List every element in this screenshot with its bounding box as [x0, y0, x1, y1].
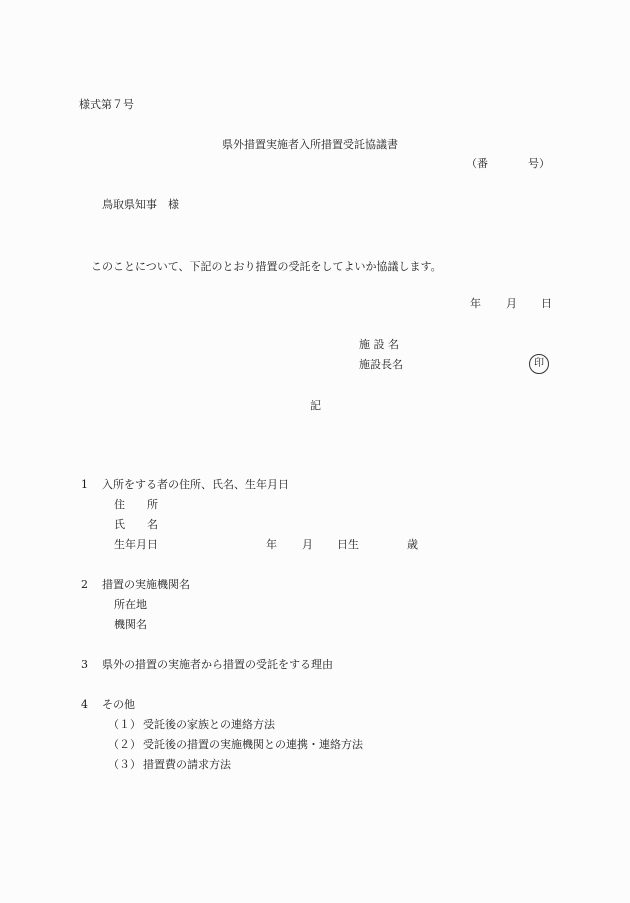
addressee: 鳥取県知事 様 — [102, 199, 179, 210]
date-month: 月 — [506, 298, 517, 309]
ki-marker: 記 — [310, 400, 321, 411]
section-heading: 入所をする者の住所、氏名、生年月日 — [102, 479, 289, 490]
birthdate-label: 生年月日 — [114, 539, 158, 550]
section-number: 2 — [81, 579, 88, 590]
section-heading: その他 — [102, 699, 135, 710]
date-day: 日 — [541, 298, 552, 309]
facility-name-label: 施 設 名 — [359, 339, 399, 350]
section-number: 4 — [81, 699, 88, 710]
birth-year: 年 — [266, 539, 277, 550]
section-heading: 県外の措置の実施者から措置の受託をする理由 — [102, 659, 333, 670]
subitem-number: （２） — [108, 739, 141, 750]
section-number: 3 — [81, 659, 88, 670]
subitem-text: 受託後の家族との連絡方法 — [143, 719, 275, 730]
director-name-label: 施設長名 — [359, 359, 403, 370]
birth-month: 月 — [302, 539, 313, 550]
body-text: このことについて、下記のとおり措置の受託をしてよいか協議します。 — [91, 261, 442, 272]
form-number: 様式第７号 — [79, 99, 134, 110]
section-heading: 措置の実施機関名 — [102, 579, 190, 590]
location-label: 所在地 — [114, 599, 147, 610]
birth-day: 日生 — [337, 539, 359, 550]
address-label: 住 所 — [114, 499, 158, 510]
document-title: 県外措置実施者入所措置受託協議書 — [222, 139, 398, 150]
subitem-text: 受託後の措置の実施機関との連携・連絡方法 — [143, 739, 363, 750]
date-year: 年 — [470, 298, 481, 309]
age: 歳 — [407, 539, 418, 550]
seal-icon: 印 — [529, 354, 549, 374]
name-label: 氏 名 — [114, 519, 158, 530]
agency-label: 機関名 — [114, 619, 147, 630]
section-number: 1 — [81, 479, 88, 490]
subitem-number: （３） — [108, 759, 141, 770]
subitem-number: （１） — [108, 719, 141, 730]
subitem-text: 措置費の請求方法 — [143, 759, 231, 770]
doc-number-open: （番 — [466, 158, 488, 169]
doc-number-close: 号） — [528, 158, 550, 169]
